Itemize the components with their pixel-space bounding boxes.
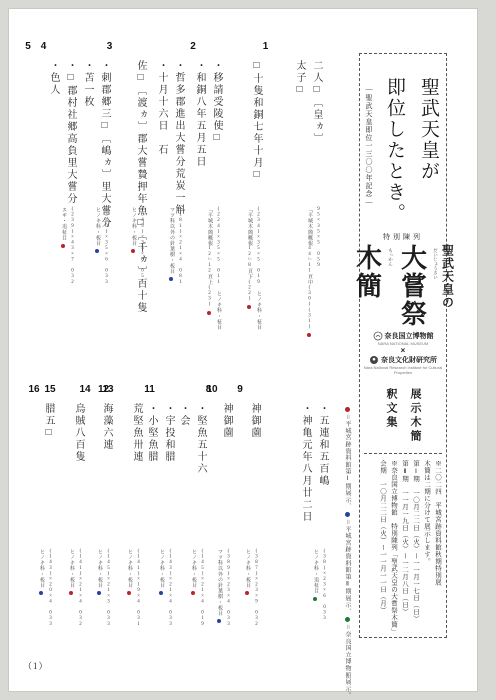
exhibit-period-dot xyxy=(307,333,311,337)
mokkan-meta-column: マツ科以外の針葉樹・板目 xyxy=(168,207,175,285)
main-title-prefix: 聖武天皇の xyxy=(440,244,457,309)
mokkan-meta: (143)×20×4 033ヒノキ科・板目 xyxy=(0,549,54,627)
museum1-name: 奈良国立博物館 xyxy=(385,331,434,341)
exhibit-period-dot xyxy=(247,305,251,309)
exhibit-period-dot xyxy=(39,591,43,595)
mokkan-meta-column: ヒノキ科・板目 xyxy=(130,207,137,285)
mokkan-meta-column: (389)×23×4 033 xyxy=(225,549,232,627)
mokkan-meta-column: (143)×20×4 033 xyxy=(47,549,54,627)
mokkan-meta-column: (143)×21×4 033 xyxy=(167,549,174,627)
cross-symbol: × xyxy=(360,346,446,355)
mokkan-meta-column: スギ・追柾目 xyxy=(60,207,67,285)
mokkan-meta-column: 95×35×5 059 xyxy=(315,207,322,337)
legend-dot xyxy=(345,407,350,412)
banner-title-line2: 即位したとき。 xyxy=(381,77,408,224)
mokkan-text-column: ・和銅八年五月五日 xyxy=(192,60,206,168)
mokkan-text-column: ・宇投和腊 xyxy=(161,403,175,463)
mokkan-meta-column: (38)×23×6 033 xyxy=(321,549,328,622)
mokkan-meta-column: ヒノキ科・板目 xyxy=(94,207,101,285)
mokkan-text-column: ・移請受陵使□ xyxy=(209,60,223,168)
mokkan-meta-column: (145)×21×3 033 xyxy=(105,549,112,627)
item-number: 16 xyxy=(13,384,55,395)
organizer-logos: 奈良国立博物館 NARA NATIONAL MUSEUM × 奈良文化財研究所 … xyxy=(360,331,446,375)
legend-dot xyxy=(345,617,350,622)
mokkan-item-7: 7・□郡村社郷高負里大嘗分・色人(239)×43×7 032スギ・追柾目 xyxy=(0,41,77,205)
mokkan-meta-column: 『平城木簡概報12』8頁下(22) xyxy=(246,207,253,330)
mokkan-text-column: 烏賊八百隻 xyxy=(71,403,85,463)
mokkan-meta: (239)×43×7 032スギ・追柾目 xyxy=(18,207,76,285)
exhibition-info-column: 木簡は二期に分けて展示します。 xyxy=(422,460,430,635)
collection-title: 展示木簡 釈文集 xyxy=(360,388,446,444)
dashed-divider xyxy=(364,453,442,454)
page-number: （1） xyxy=(23,659,49,672)
museum2-name-en: Nara National Research Institute for Cul… xyxy=(360,365,446,375)
exhibit-period-dot xyxy=(61,244,65,248)
mokkan-meta-column: (345)×35×6 051 xyxy=(139,207,146,285)
mokkan-text-column: 荒堅魚卅連 xyxy=(129,403,143,463)
legend-label: ＝平城宮跡資料館第Ⅱ期展示、 xyxy=(344,519,350,615)
mokkan-item-16: 16腊五□(143)×20×4 033ヒノキ科・板目 xyxy=(13,384,55,440)
mokkan-text-column: ・色人 xyxy=(46,60,60,205)
exhibit-period-dot xyxy=(159,591,163,595)
mokkan-meta-column: 『平城木簡概報12』12頁上(23) xyxy=(206,207,213,330)
legend-label: ＝奈良国立博物館展示。 xyxy=(344,624,350,699)
nabunken-logo-icon xyxy=(369,355,379,365)
mokkan-meta-column: (239)×43×7 032 xyxy=(69,207,76,285)
mokkan-text-column: 海藻六連 xyxy=(99,403,113,451)
legend-label: ＝平城宮跡資料館第Ⅰ期展示、 xyxy=(344,414,350,510)
mokkan-meta: (38)×23×6 033ヒノキ科・追柾目 xyxy=(256,549,328,622)
main-title-daijosai: 大嘗祭 xyxy=(395,244,432,328)
sub-title-ruby: もっかん xyxy=(388,248,394,266)
mokkan-text-column: ・小堅魚腊 xyxy=(144,403,158,463)
banner-title-block: 聖武天皇が 即位したとき。 ―聖武天皇即位一三〇〇年記念― xyxy=(360,77,446,224)
exhibit-period-dot xyxy=(217,619,221,623)
exhibit-period-dot xyxy=(97,591,101,595)
main-title-mokkan: 木簡 xyxy=(350,244,387,300)
mokkan-text-column: ・神亀元年八月廿二日 xyxy=(298,403,312,523)
mokkan-text-column: 太子□ xyxy=(292,60,306,145)
mokkan-meta-column: ヒノキ科・板目 xyxy=(68,549,75,627)
museum1-row: 奈良国立博物館 xyxy=(360,331,446,341)
mokkan-meta-column: ヒノキ科・板目 xyxy=(158,549,165,627)
mokkan-meta-column: (224)×35×5 011 ヒノキ科・柾目 xyxy=(215,207,222,330)
banner-main-title: 聖武天皇の だいじょうさい 大嘗祭 もっかん 木簡 xyxy=(360,244,446,328)
exhibit-period-dot xyxy=(313,597,317,601)
legend: ＝平城宮跡資料館第Ⅰ期展示、＝平城宮跡資料館第Ⅱ期展示、＝奈良国立博物館展示。 xyxy=(343,405,351,700)
banner-subtitle: ―聖武天皇即位一三〇〇年記念― xyxy=(364,85,374,224)
mokkan-meta-column: ヒノキ科・板目 xyxy=(190,549,197,627)
exhibit-period-dot xyxy=(95,249,99,253)
exhibition-info-column: 第Ⅰ期 一〇月二二日（火）ー一一月一七日（日） xyxy=(411,460,419,635)
mokkan-text-column: ・十月十六日 石 xyxy=(154,60,168,216)
exhibit-period-dot xyxy=(127,591,131,595)
exhibition-info-column: ※二〇二四 平城宮跡資料館秋期特別展 xyxy=(433,460,441,635)
collection-title-line2: 釈文集 xyxy=(383,388,399,444)
mokkan-meta-column: ヒノキ科・板目 xyxy=(96,549,103,627)
mokkan-meta-column: ヒノキ科・板目 xyxy=(38,549,45,627)
mokkan-meta-column: (181)×21×4 081 xyxy=(177,207,184,285)
item-number: 7 xyxy=(0,41,77,52)
mokkan-text-column: ・堅魚五十六 xyxy=(193,403,207,475)
mokkan-text-column: ・会 xyxy=(176,403,190,475)
mokkan-text-column: 神御薗 xyxy=(219,403,233,439)
mokkan-meta-column: (234)×35×5 019 ヒノキ科・柾目 xyxy=(255,207,262,330)
mokkan-meta-column: (387)×23×9 032 xyxy=(253,549,260,627)
mokkan-meta-column: マツ科以外の針葉樹・板目 xyxy=(216,549,223,627)
exhibit-period-dot xyxy=(207,311,211,315)
exhibition-info-column: ※奈良国立博物館 特別陳列「聖武天皇の大嘗祭木簡」 xyxy=(389,460,397,635)
legend-dot xyxy=(345,512,350,517)
mokkan-text-column: 腊五□ xyxy=(41,403,55,440)
mokkan-text-column: ・□郡村社郷高負里大嘗分 xyxy=(63,60,77,205)
exhibit-period-dot xyxy=(69,591,73,595)
collection-title-line1: 展示木簡 xyxy=(407,388,423,444)
mokkan-meta-column: (340)×35×6 033 xyxy=(103,207,110,285)
exhibit-period-dot xyxy=(131,249,135,253)
mokkan-meta-column: ヒノキ科・板目 xyxy=(244,549,251,627)
banner-title-line1: 聖武天皇が xyxy=(415,77,442,224)
mokkan-text-column: ・苫一枚 xyxy=(80,60,94,229)
mokkan-text-column: ・刺郡郷三□〔嶋ヵ〕里大嘗分 xyxy=(97,60,111,229)
mokkan-meta-column: (141)×21×4 032 xyxy=(77,549,84,627)
exhibition-info-column: 会期 一〇月二二日（火）ー一一月一一日（月） xyxy=(378,460,386,635)
mokkan-text-column: ・哲多郡進出大嘗分荒炭一斛 xyxy=(171,60,185,216)
special-display-label: 特別陳列 xyxy=(360,232,446,242)
exhibit-period-dot xyxy=(169,277,173,281)
document-page: 聖武天皇が 即位したとき。 ―聖武天皇即位一三〇〇年記念― 特別陳列 聖武天皇の… xyxy=(8,8,478,692)
mokkan-text-column: 二人□〔皇ヵ〕 xyxy=(309,60,323,145)
museum2-row: 奈良文化財研究所 xyxy=(360,355,446,365)
mokkan-meta-column: ヒノキ科・追柾目 xyxy=(312,549,319,622)
exhibit-period-dot xyxy=(191,591,195,595)
mokkan-text-column: □十隻和銅七年十月□ xyxy=(249,60,263,182)
mokkan-text-column: 神御薗 xyxy=(247,403,261,439)
mokkan-meta-column: (145)×21×4 019 xyxy=(199,549,206,627)
exhibition-info: ※二〇二四 平城宮跡資料館秋期特別展木簡は二期に分けて展示します。第Ⅰ期 一〇月… xyxy=(365,460,441,635)
nara-national-museum-logo-icon xyxy=(373,331,383,341)
exhibition-info-column: 第Ⅱ期 一一月一九日（火）ー一二月八日（日） xyxy=(400,460,408,635)
mokkan-meta-column: ヒノキ科・板目 xyxy=(126,549,133,627)
main-title-ruby: だいじょうさい xyxy=(433,248,439,280)
mokkan-text-column: ・五連和五百嶋 xyxy=(315,403,329,523)
mokkan-meta-column: (141)×19×4 031 xyxy=(135,549,142,627)
exhibit-period-dot xyxy=(245,591,249,595)
exhibition-banner: 聖武天皇が 即位したとき。 ―聖武天皇即位一三〇〇年記念― 特別陳列 聖武天皇の… xyxy=(359,53,447,638)
mokkan-meta-column: 『平城木簡概報44』11頁中(30)(31) xyxy=(306,207,313,337)
museum2-name: 奈良文化財研究所 xyxy=(381,355,437,365)
